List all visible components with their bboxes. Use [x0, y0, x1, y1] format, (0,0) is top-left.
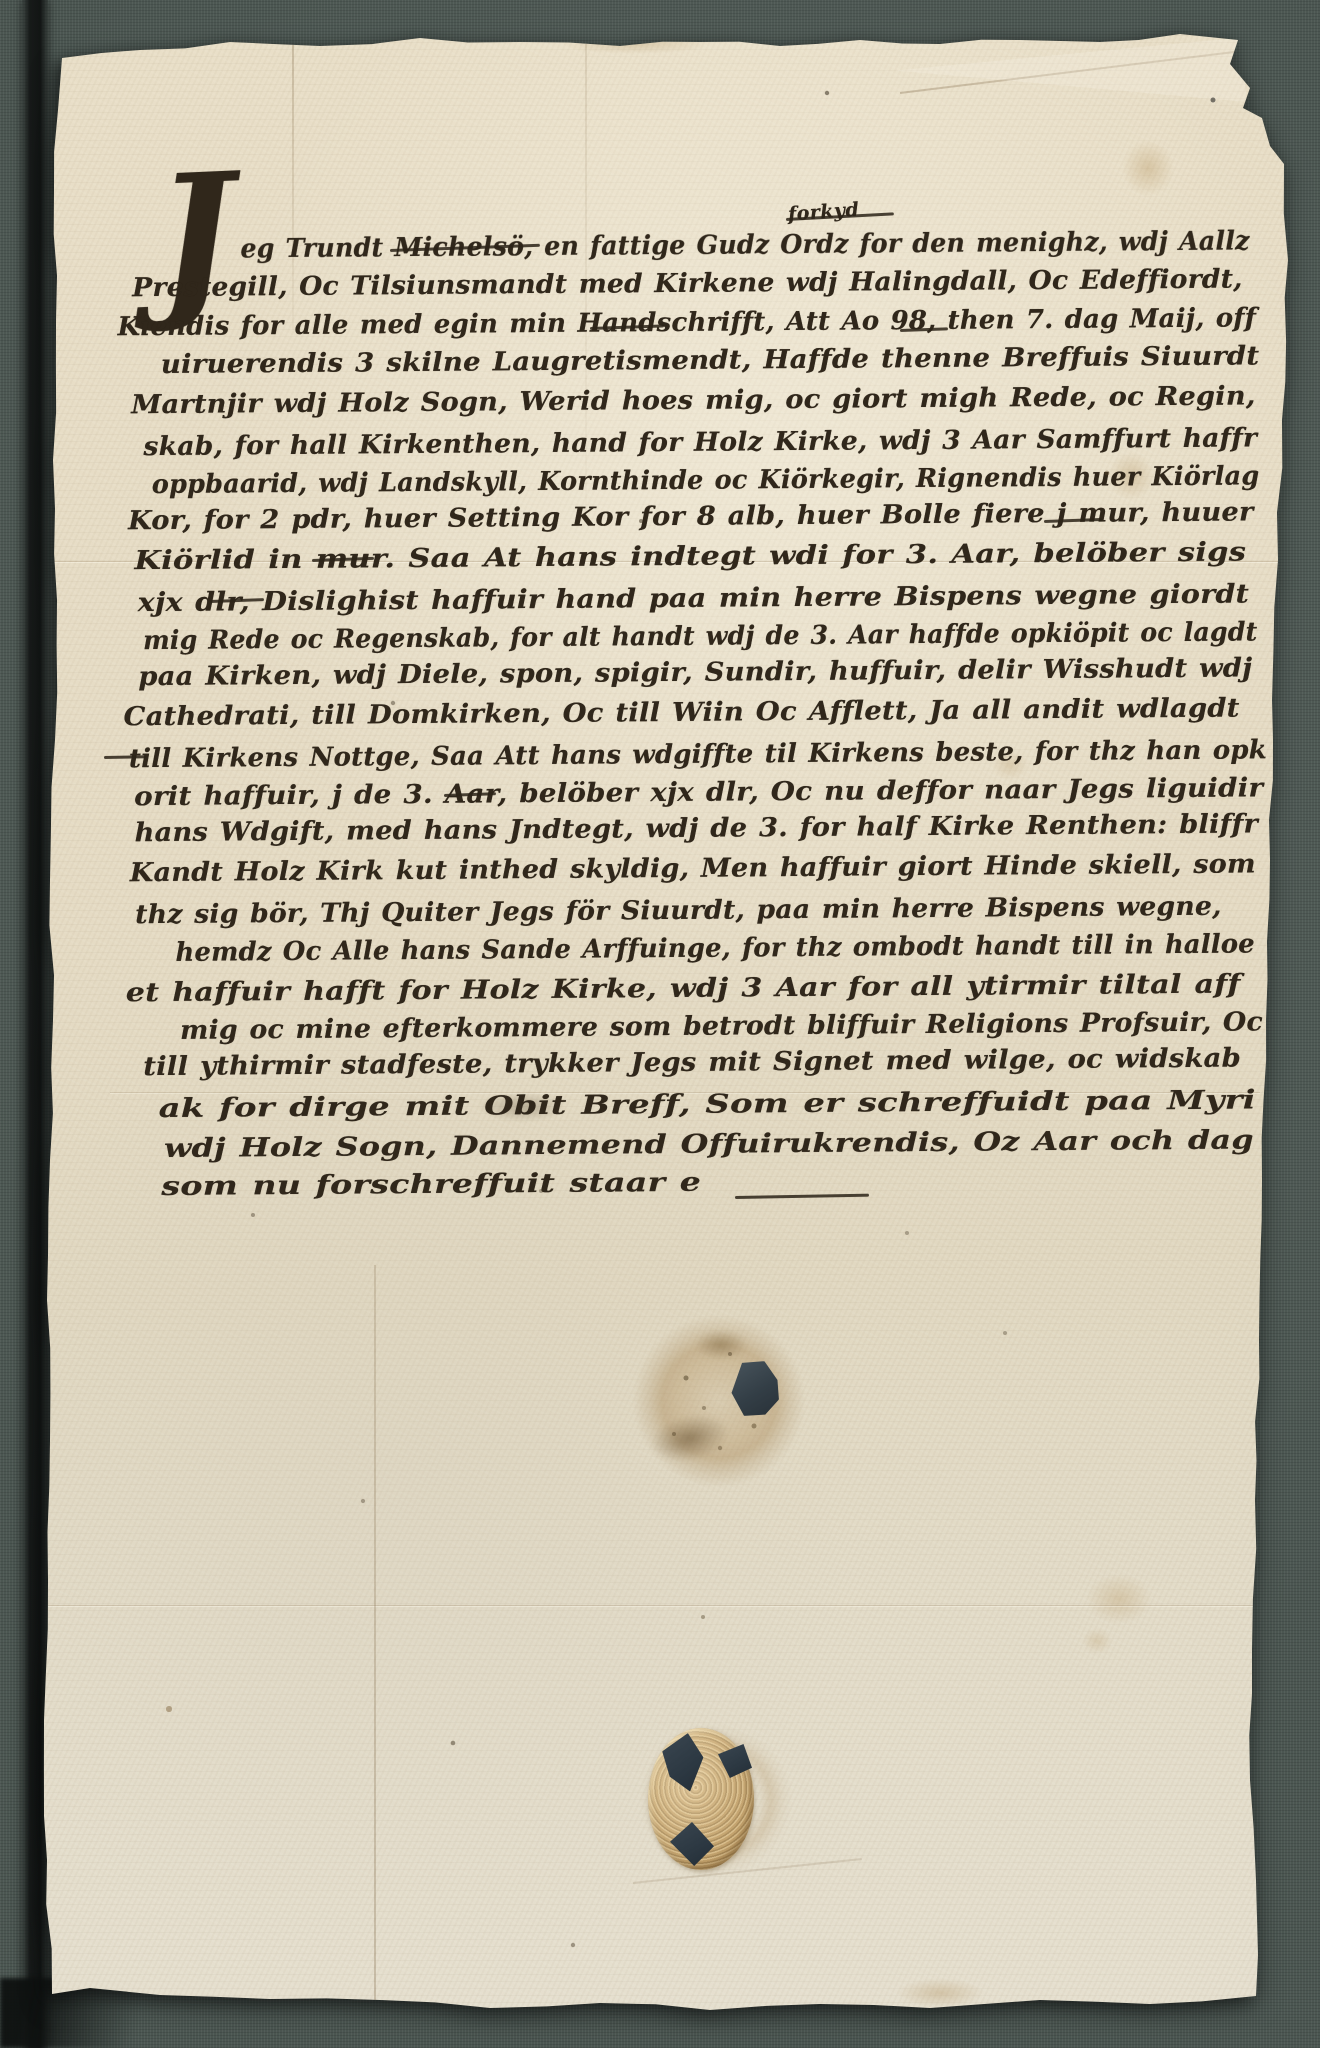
manuscript-line: Jeg Trundt Michelsö, en fattige Gudz Ord…: [157, 226, 1250, 265]
initial-capital: J: [157, 234, 235, 237]
archive-fabric-background: Jeg Trundt Michelsö, en fattige Gudz Ord…: [0, 0, 1320, 2048]
manuscript-line: Kor, for 2 pdr, huer Setting Kor for 8 a…: [128, 497, 1254, 536]
manuscript-page: Jeg Trundt Michelsö, en fattige Gudz Ord…: [0, 0, 1320, 2048]
manuscript-line: Martnjir wdj Holz Sogn, Werid hoes mig, …: [131, 381, 1256, 420]
manuscript-line: ak for dirge mit Obit Breff, Som er schr…: [159, 1085, 1256, 1124]
manuscript-line: Kandt Holz Kirk kut inthed skyldig, Men …: [130, 849, 1256, 888]
manuscript-sheet-wrap: Jeg Trundt Michelsö, en fattige Gudz Ord…: [0, 0, 1320, 2048]
manuscript-line: skab, for hall Kirkenthen, hand for Holz…: [143, 423, 1257, 462]
manuscript-line: hans Wdgift, med hans Jndtegt, wdj de 3.…: [134, 809, 1258, 848]
manuscript-line: mig Rede oc Regenskab, for alt handt wdj…: [143, 617, 1258, 656]
manuscript-line: Prestegill, Oc Tilsiunsmandt med Kirkene…: [132, 264, 1243, 303]
seal-specks: [633, 1315, 635, 1317]
manuscript-line: till ythirmir stadfeste, trykker Jegs mi…: [143, 1044, 1241, 1083]
manuscript-line: till Kirkens Nottge, Saa Att hans wdgiff…: [129, 735, 1267, 774]
embossed-paper-seal: [648, 1728, 754, 1870]
manuscript-line: mig oc mine efterkommere som betrodt bli…: [180, 1007, 1263, 1046]
manuscript-line: wdj Holz Sogn, Dannemend Offuirukrendis,…: [164, 1125, 1254, 1164]
manuscript-line: oppbaarid, wdj Landskyll, Kornthinde oc …: [152, 461, 1260, 500]
manuscript-line: orit haffuir, j de 3. Aar, belöber xjx d…: [134, 773, 1263, 812]
seal-stain-area: [633, 1315, 805, 1487]
manuscript-line: xjx dlr, Dislighist haffuir hand paa min…: [138, 579, 1250, 618]
manuscript-line: thz sig bör, Thj Quiter Jegs för Siuurdt…: [135, 892, 1222, 931]
wax-fragment: [724, 1357, 784, 1424]
manuscript-line: som nu forschreffuit staar e: [161, 1168, 701, 1202]
manuscript-line: et haffuir hafft for Holz Kirke, wdj 3 A…: [126, 970, 1241, 1009]
manuscript-line: hemdz Oc Alle hans Sande Arffuinge, for …: [175, 929, 1255, 967]
manuscript-line: Kiörlid in mur. Saa At hans indtegt wdi …: [134, 537, 1246, 576]
manuscript-line: uiruerendis 3 skilne Laugretismendt, Haf…: [161, 341, 1260, 380]
manuscript-line: Cathedrati, till Domkirken, Oc till Wiin…: [123, 694, 1239, 733]
manuscript-line: paa Kirken, wdj Diele, spon, spigir, Sun…: [138, 653, 1252, 692]
paper-specks: [0, 0, 2, 2]
manuscript-line: Kiendis for alle med egin min Handschrif…: [117, 303, 1256, 342]
